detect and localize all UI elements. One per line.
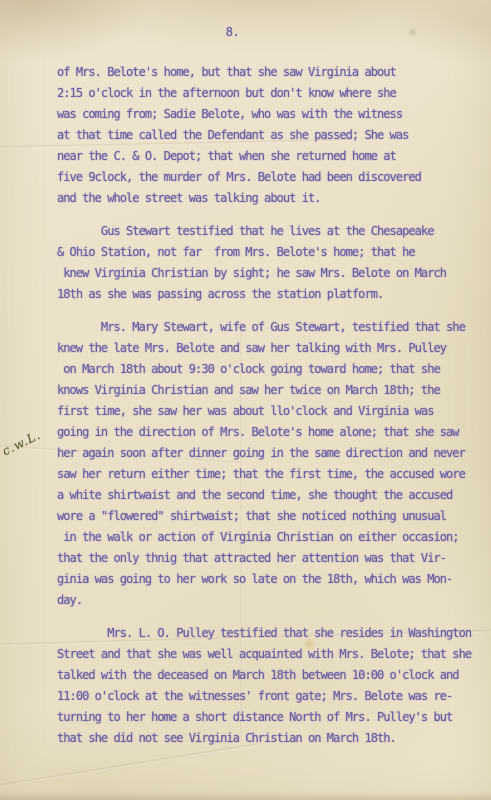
- paragraph: of Mrs. Belote's home, but that she saw …: [57, 62, 487, 209]
- page-number: 8.: [0, 25, 478, 39]
- typewritten-text-block: of Mrs. Belote's home, but that she saw …: [57, 62, 487, 749]
- paragraph: Gus Stewart testified that he lives at t…: [57, 221, 487, 305]
- paper-edge-shadow: [0, 792, 491, 800]
- paper-crease: [0, 743, 258, 794]
- document-page: 8. c.w.L. of Mrs. Belote's home, but tha…: [0, 0, 491, 800]
- handwritten-margin-note: c.w.L.: [0, 428, 43, 459]
- paragraph: Mrs. L. O. Pulley testified that she res…: [57, 623, 487, 749]
- paragraph: Mrs. Mary Stewart, wife of Gus Stewart, …: [57, 317, 487, 611]
